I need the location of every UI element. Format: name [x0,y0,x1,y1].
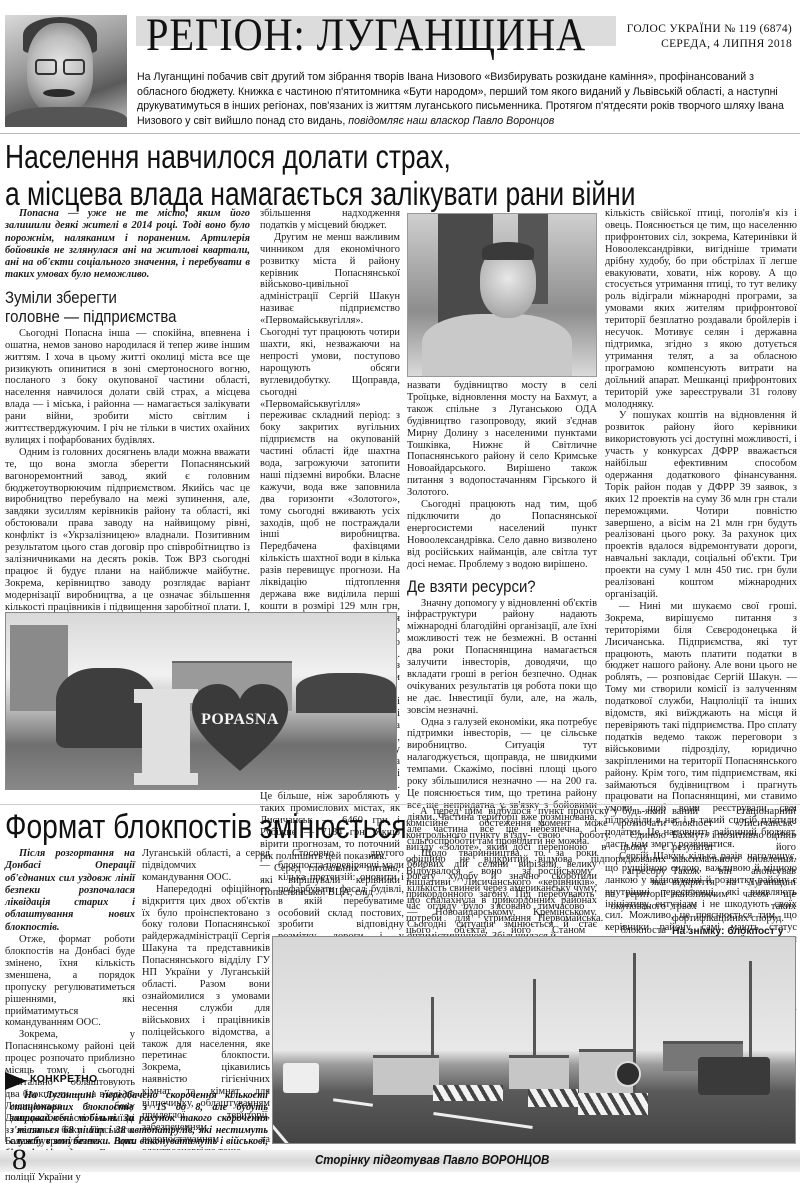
road-sign-icon [615,1061,641,1087]
issue-info: ГОЛОС УКРАЇНИ № 119 (6874) СЕРЕДА, 4 ЛИП… [627,22,792,52]
headline-line-2: а місцева влада намагається залікувати р… [5,175,635,212]
headline-line-1: Населення навчилося долати страх, [5,138,635,175]
article1-intro: Попасна — уже не те місто, яким його зал… [5,208,250,282]
paragraph: збільшення надходження податків у місцев… [260,208,400,232]
paragraph: ваний стаціонарний блокпост «Лисичанськ-… [672,806,796,925]
lead-paragraph: На Луганщині побачив світ другий том зіб… [137,70,795,128]
paragraph: пункт пропуску у будь-який момент може р… [538,806,666,925]
van [283,1063,319,1093]
paragraph: Отже, формат роботи блокпостів на Донбас… [5,934,135,1029]
issue-date: СЕРЕДА, 4 ЛИПНЯ 2018 [627,37,792,52]
military-truck [698,1057,770,1095]
article1-column-1: Попасна — уже не те місто, яким його зал… [5,208,250,625]
lead-byline: повідомляє наш власкор Павло Воронцов [348,115,554,127]
paragraph: Сьогодні Попасна інша — спокійна, впевне… [5,328,250,447]
subheading-1-line-2: головне — підприємства [5,307,221,326]
paragraph: Сьогодні працюють над тим, щоб підключит… [407,499,597,570]
paragraph: кількість свійської птиці, поголів'я кіз… [605,208,797,410]
issue-number: ГОЛОС УКРАЇНИ № 119 (6874) [627,22,792,37]
page-credit: Сторінку підготував Павло ВОРОНЦОВ [315,1153,549,1167]
section-title: РЕГІОН: ЛУГАНЩИНА [146,8,586,62]
konkretno-label: КОНКРЕТНО [30,1073,97,1085]
photo-sergiy-shakun [407,213,597,377]
subheading-1: Зуміли зберегти головне — підприємства [5,288,221,326]
page-number: 8 [12,1144,27,1176]
triangle-arrow-icon [5,1072,27,1090]
article2-intro: Після розгортання на Донбасі Операції об… [5,848,135,934]
paragraph: Луганській області, а серед підвідомчих … [142,848,270,884]
photo-i-love-popasna: POPASNA [5,612,397,790]
divider [0,133,800,134]
paragraph: Значну допомогу у відновленні об'єктів і… [407,598,597,717]
article1-column-2: збільшення надходження податків у місцев… [260,208,400,899]
paragraph: У пошуках коштів на відновлення й розвит… [605,410,797,601]
article1-headline: Населення навчилося долати страх, а місц… [5,138,635,212]
subheading-1-line-1: Зуміли зберегти [5,288,221,307]
photo-checkpoint [272,936,796,1144]
author-portrait-photo [5,15,127,127]
paragraph: назвати будівництво мосту в селі Троїцьк… [407,380,597,499]
divider [0,804,800,805]
letter-i-sculpture [142,689,190,785]
article2-headline: Формат блокпостів змінюється [5,808,407,846]
paragraph: Одним із головних досягнень влади можна … [5,447,250,626]
subheading-2: Де взяти ресурси? [407,577,574,596]
popasna-sign-text: POPASNA [190,711,290,729]
